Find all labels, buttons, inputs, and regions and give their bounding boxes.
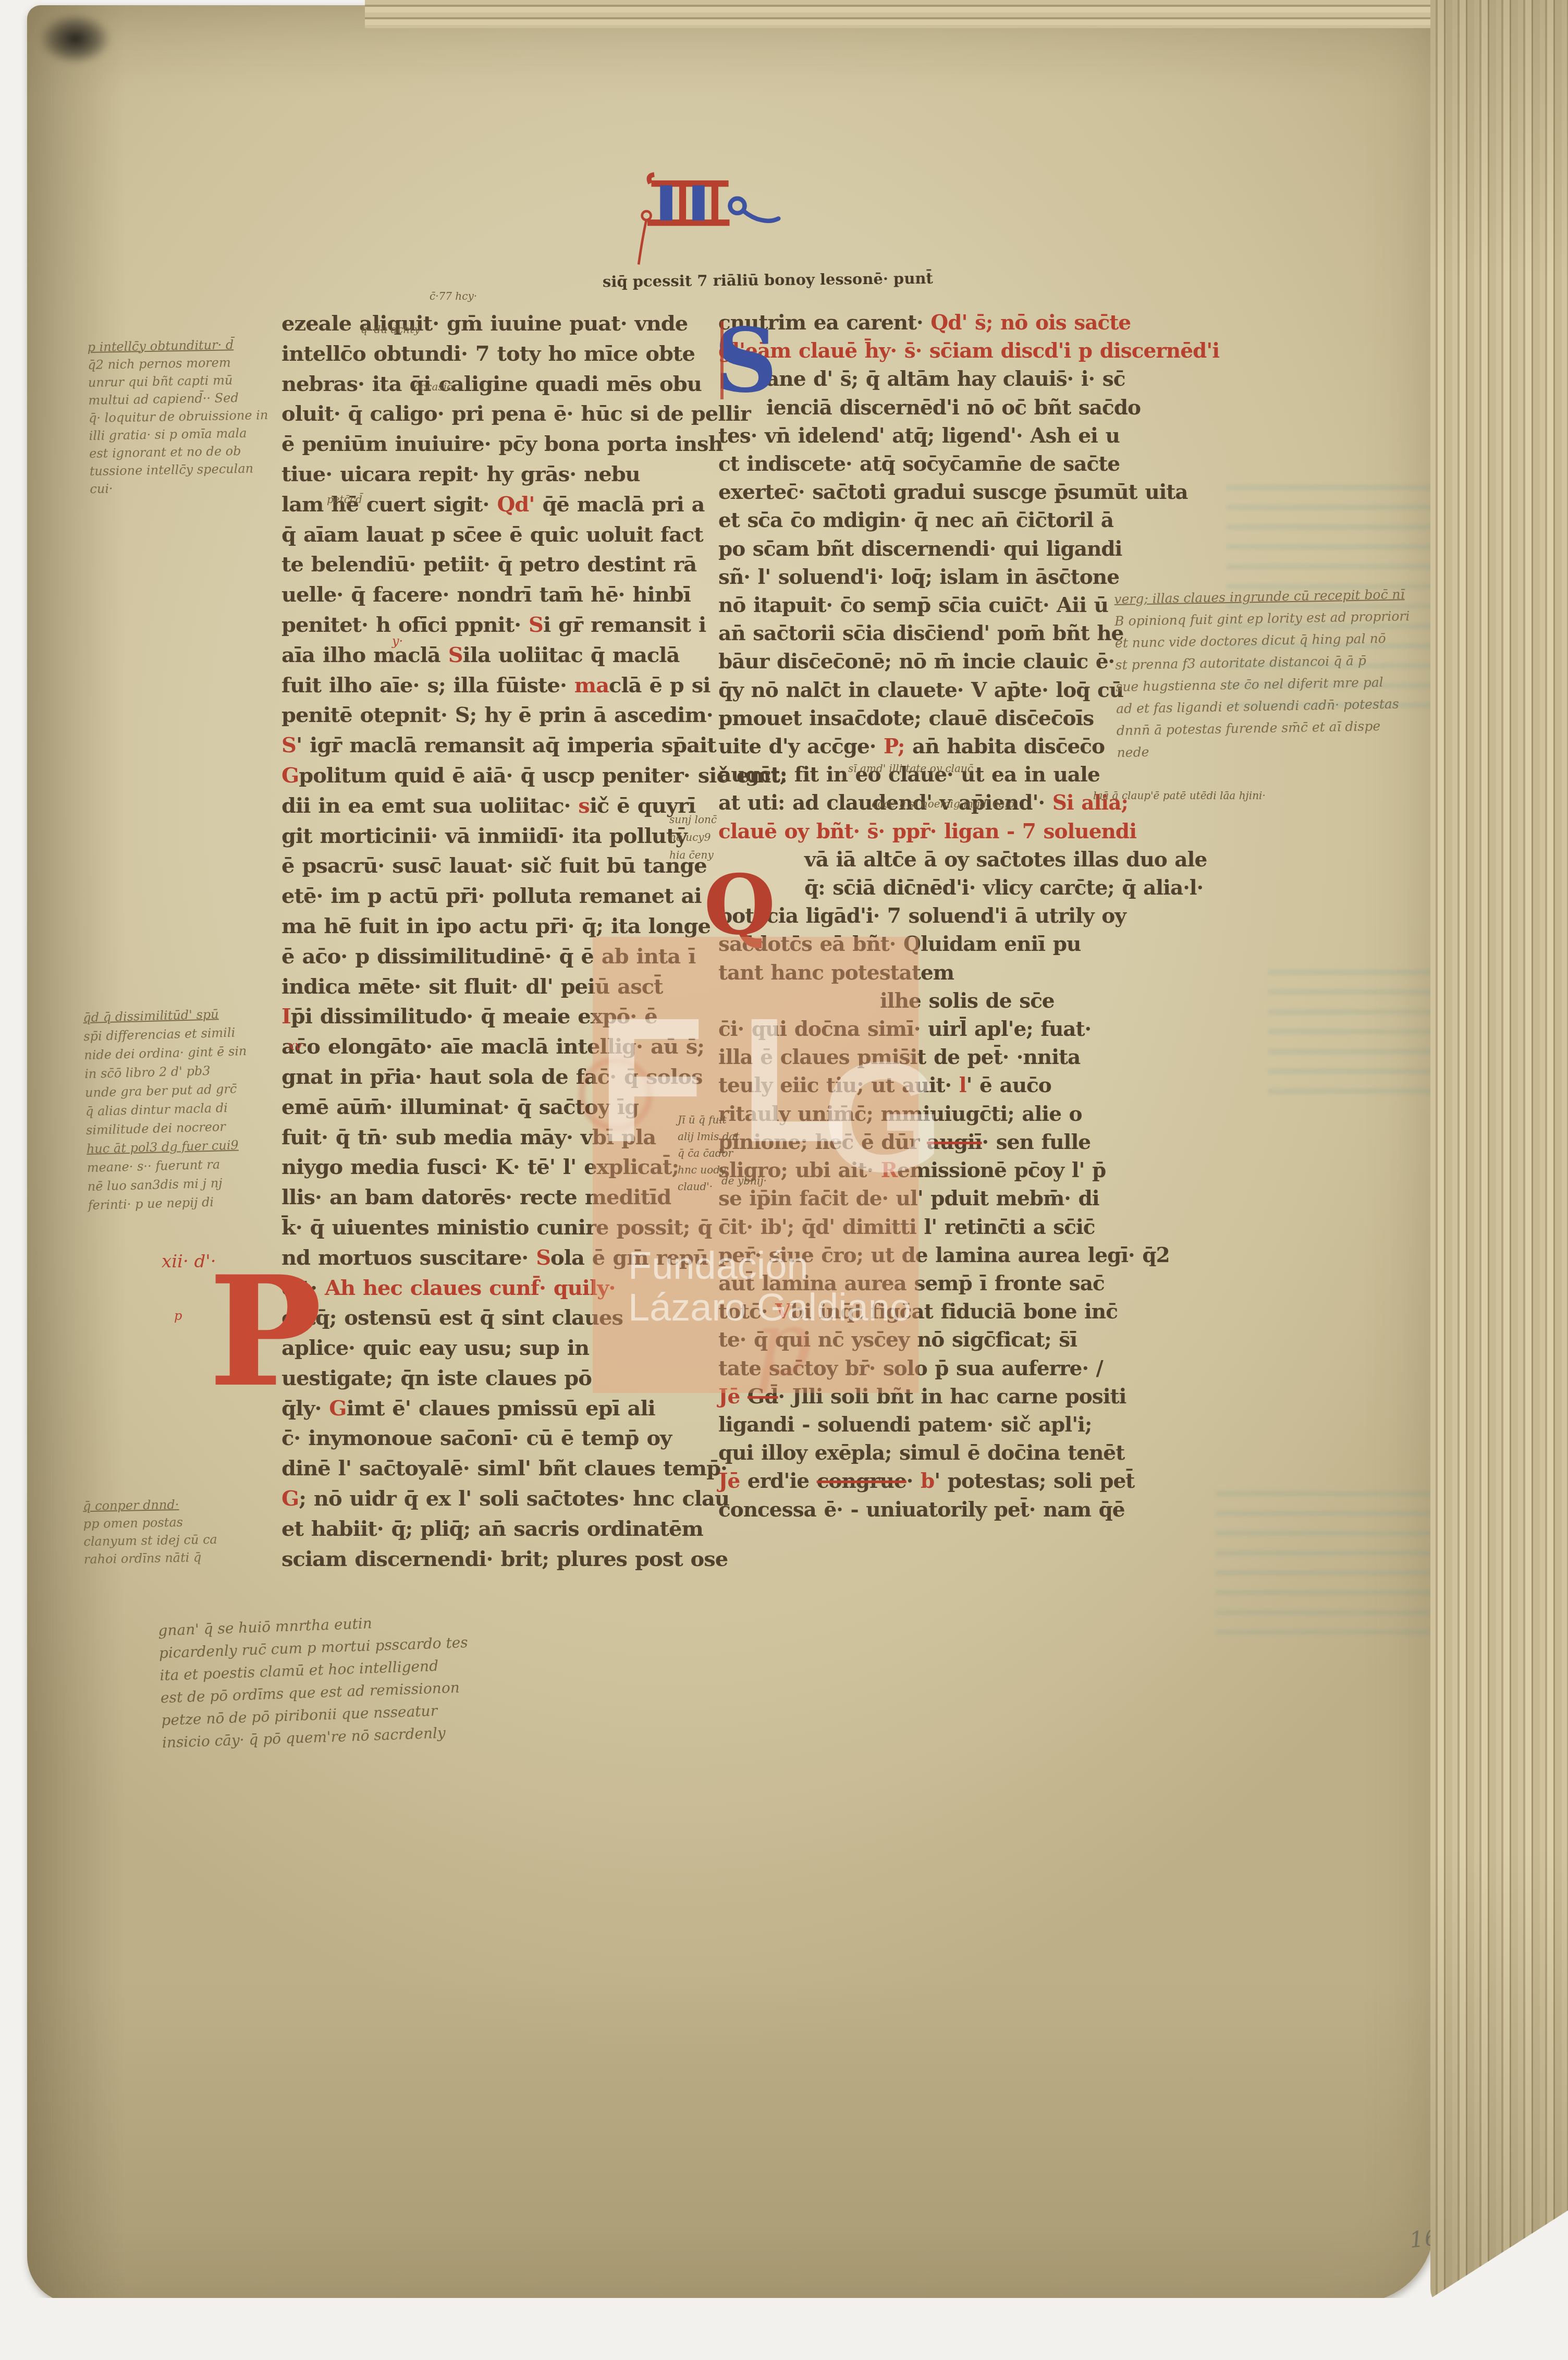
interlinear-gloss: sunj lonc̄ [669,813,717,826]
background [0,2298,1568,2360]
text-line: ē peniūm inuiuire· pc̄y bona porta insh [281,429,668,459]
book-fore-edge [1430,0,1568,2309]
text-line: clauē oy bñt· s̄· ppr̄· ligan - 7 soluen… [718,817,1104,846]
text-line: oluit· q̄ caligo· pri pena ē· hūc si de … [281,399,668,429]
text-line: nō itapuit· c̄o semp̄ sc̄ia cuic̄t· Aii … [718,591,1104,619]
text-line: rahoi ordīns nāti q̄ [84,1548,218,1568]
manuscript-page: siq̄ pcessit 7 riāliū bonoy lessonē· pun… [27,5,1435,2303]
text-line: q̄ conper dnnd· [83,1495,217,1515]
margin-note-left-top: p intellc̄y obtunditur· d̄q̄2 nich perno… [87,335,269,498]
text-line: etē· im p actū pr̄i· polluta remanet ai [281,881,668,911]
interlinear-gloss: coce q̄ si noemig mgd' calō [872,798,1014,810]
text-line: q̄ly· Gimt ē' claues pmissū epī ali [281,1393,668,1424]
interlinear-gloss: Jī ū q̄ fuit [678,1114,727,1126]
text-line: bāur disc̄ec̄onē; nō m̄ incie clauic ē· [718,647,1104,676]
text-line: ct indiscete· atq̄ soc̄yc̄amn̄e de sac̄t… [718,450,1104,478]
text-line: potēcia ligād'i· 7 soluend'i ā utrily oy [718,902,1104,930]
text-line: an̄ sac̄torii sc̄ia disc̄iend' pom̄ bñt … [718,619,1104,647]
text-line: vā iā altc̄e ā oy sac̄totes illas duo al… [718,846,1104,874]
text-line: cui· [90,477,269,498]
text-line: uite d'y acc̄ge· P; an̄ habita disc̄ec̄o [718,732,1104,761]
text-line: te belendiū· petiit· q̄ petro destint rā [281,549,668,580]
text-line: tiue· uicara repit· hy grās· nebu [281,459,668,490]
text-line: dinē l' sac̄toyalē· siml' bñt claues tem… [281,1453,668,1484]
text-line: po sc̄am bñt discernendi· qui ligandi [718,535,1104,563]
interlinear-gloss: xv· [288,1038,306,1053]
text-line: sñ· l' soluend'i· loq̄; islam in āsc̄ton… [718,563,1104,591]
watermark-text-line2: Lázaro Galdiano [628,1285,911,1329]
text-line: illi gratia· si p omīa mala [89,424,268,445]
interlinear-gloss: claud'· [678,1180,713,1193]
ink-showthrough-stain [1268,970,1440,1105]
text-line: et sc̄a c̄o mdigin· q̄ nec an̄ c̄ic̄tori… [718,506,1104,534]
text-line: sciam discernendi· brit; plures post ose [281,1544,668,1574]
text-line: Jē erd'ie congrue· b' potestas; soli pet… [718,1467,1104,1495]
text-line: tes· vn̄ idelend' atq̄; ligend'· Ash ei … [718,422,1104,450]
text-line: tussione intellc̄y speculan [90,459,269,480]
initial-Q: Q [704,864,776,947]
text-line: c̄· inymonoue sac̄onī· cū ē temp̄ oy [281,1423,668,1453]
margin-rubric-xii-d: xii· d'· [162,1251,216,1272]
initial-S: S [714,317,777,405]
text-line: q̄y nō nalc̄t in clauete· V ap̄te· loq̄ … [718,676,1104,704]
text-line: pp omen postas [83,1513,217,1533]
ink-showthrough-stain [1216,1491,1440,1647]
interlinear-gloss: de ybnij· [721,1175,767,1187]
interlinear-gloss: y· [392,634,403,649]
library-watermark: F L G Fundación Lázaro Galdiano [593,937,918,1393]
gutter-shadow [27,5,199,193]
text-line: qui illoy exēpla; simul ē doc̄ina tenēt [718,1439,1104,1467]
interlinear-gloss: q̄ c̄a c̄ador [678,1147,733,1159]
text-line: q̄ aīam lauat p sc̄ee ē quic uoluit fact [281,520,668,550]
running-header: siq̄ pcessit 7 riāliū bonoy lessonē· pun… [603,270,933,291]
interlinear-gloss: q̄· du dchty [361,323,420,336]
text-line: q̄: sc̄iā dic̄nēd'i· vlicy carc̄te; q̄ a… [718,874,1104,902]
interlinear-gloss: ōccasiō [414,381,453,393]
text-line: intellc̄o obtundi· 7 toty ho mīce obte [281,339,668,369]
text-line: G; nō uidr q̄ ex l' soli sac̄totes· hnc … [281,1484,668,1514]
interlinear-gloss: laā ā claup'ē patē utēdi lāa hjini· [1093,789,1266,802]
text-line: Gpolitum quid ē aiā· q̄ uscp peniter· si… [281,761,668,791]
interlinear-gloss: hnc uody [678,1164,726,1176]
interlinear-gloss: c̄·77 hcy· [430,290,477,302]
text-line: git morticinii· vā inmiidī· ita pollutȳ [281,821,668,851]
text-line: ferinti· p ue nepij di [88,1192,251,1215]
margin-note-left-middle: q̄d q̄ dissimilitūd' spūsp̄i differencia… [83,1004,251,1215]
watermark-text-line1: Fundación [628,1243,808,1288]
interlinear-gloss: no ucy9 [669,831,710,843]
ink-showthrough-stain [1226,485,1445,709]
margin-note-left-lower: q̄ conper dnnd·pp omen postasclanyum st … [83,1495,218,1568]
text-line: aīa ilho maclā Sila uoliitac q̄ maclā [281,640,668,670]
text-line: concessa ē· - uniuatorily pet̄· nam q̄ē [718,1496,1104,1524]
margin-note-bottom: gnan' q̄ se huiō mnrtha eutinpicardenly … [158,1609,472,1754]
text-line: fuit ilho aīe· s; illa fūiste· maclā ē p… [281,670,668,701]
text-line: nebras· ita q̄i caligine quadi mēs obu [281,369,668,399]
text-line: uelle· q̄ facere· nondrī tam̄ hē· hinbī [281,580,668,610]
interlinear-gloss: sī amd' illi tate oy clauc̄ [848,762,973,775]
text-line: pmouet insac̄dote; clauē disc̄ec̄oīs [718,704,1104,732]
text-line: S' igr̄ maclā remansit aq̄ imperia sp̄ai… [281,730,668,761]
interlinear-gloss: p [174,1309,182,1323]
manuscript-photo: siq̄ pcessit 7 riāliū bonoy lessonē· pun… [0,0,1568,2360]
interlinear-gloss: petc̄cd̄ [327,493,362,506]
filigree-ornament [720,321,724,399]
text-line: ē psacrū· susc̄ lauat· sič fuit bū tange [281,851,668,881]
chapter-numeral-icon [632,168,788,272]
text-line: exertec̄· sac̄toti gradui suscge p̄sumūt… [718,478,1104,506]
text-line: et habiit· q̄; pliq̄; an̄ sacris ordinat… [281,1514,668,1544]
interlinear-gloss: hia c̄eny [669,849,714,861]
text-line: penitet· h ofīci ppnit· Si gr̄ remansit … [281,610,668,640]
text-line: ligandi - soluendi patem· sič apl'i; [718,1411,1104,1439]
text-line: ezeale aliquit· gm̄ iuuine puat· vnde [281,309,668,339]
book-top-edge [365,0,1460,28]
watermark-letter-g: G [822,1038,944,1195]
interlinear-gloss: alij lmis dat [678,1130,739,1143]
initial-P: P [209,1256,322,1408]
text-line: clanyum st idej cū ca [83,1531,217,1550]
text-line: dii in ea emt sua uoliitac· sič ē quyrī [281,791,668,821]
text-line: penitē otepnit· S; hy ē prin ā ascedim· [281,700,668,730]
